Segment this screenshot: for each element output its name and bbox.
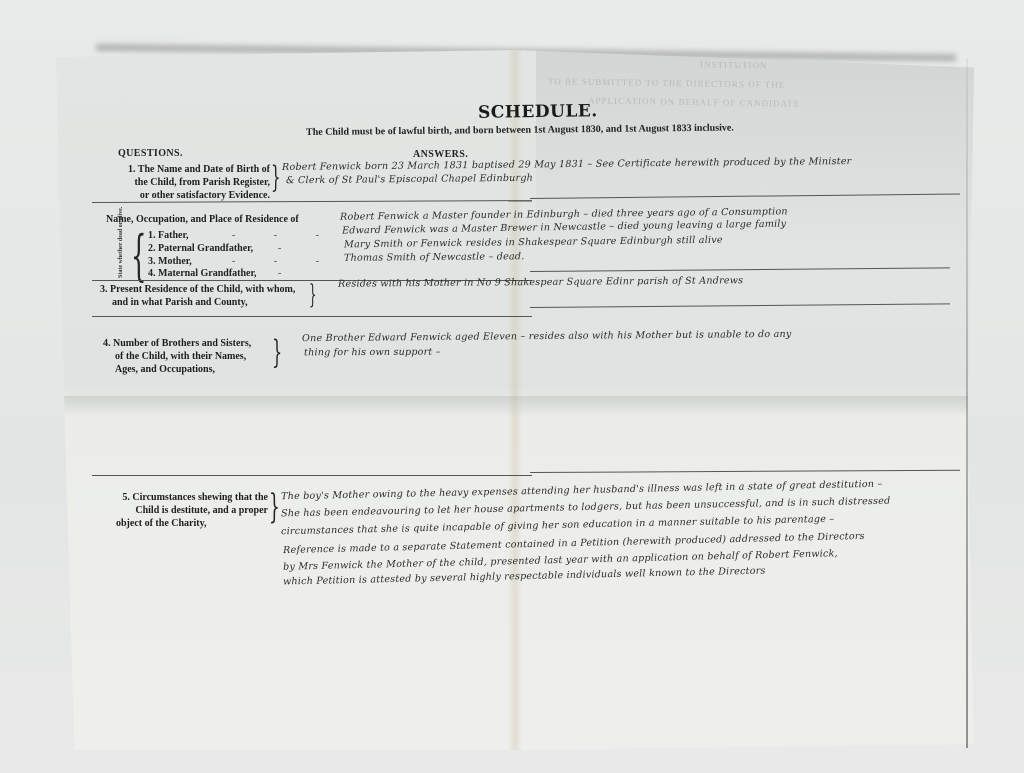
- answer-2-maternal-grandfather: Thomas Smith of Newcastle – dead.: [344, 251, 525, 264]
- question-2-item-paternal-grandfather: 2. Paternal Grandfather,: [148, 243, 253, 254]
- question-5: 5. Circumstances shewing that the Child …: [108, 491, 268, 530]
- question-2-item-maternal-grandfather: 4. Maternal Grandfather,: [148, 268, 257, 279]
- question-3: 3. Present Residence of the Child, with …: [100, 283, 295, 309]
- row-divider: [92, 316, 532, 317]
- question-4: 4. Number of Brothers and Sisters, of th…: [103, 337, 251, 376]
- paper-right-edge: [966, 58, 968, 748]
- side-note-state-dead-or-alive: State whether dead or alive.: [118, 230, 125, 278]
- question-1: 1. The Name and Date of Birth of the Chi…: [98, 163, 270, 202]
- leader-dashes: - - -: [232, 256, 337, 267]
- questions-heading: QUESTIONS.: [118, 148, 183, 159]
- question-2-item-mother: 3. Mother,: [148, 256, 192, 267]
- brace-icon: }: [271, 160, 281, 195]
- answer-4-line-2: thing for his own support –: [304, 347, 441, 359]
- document-sheet: [56, 50, 974, 750]
- row-divider: [92, 475, 532, 476]
- leader-dashes: -: [278, 268, 299, 279]
- leader-dashes: -: [278, 243, 299, 254]
- answers-heading: ANSWERS.: [413, 149, 468, 160]
- bleed-through-text: INSTITUTION: [700, 59, 768, 70]
- brace-icon: {: [131, 224, 146, 287]
- question-2-item-father: 1. Father,: [148, 230, 188, 241]
- brace-icon: }: [309, 280, 316, 310]
- brace-icon: }: [269, 487, 280, 527]
- leader-dashes: - - -: [232, 230, 337, 241]
- page-title: SCHEDULE.: [478, 101, 598, 123]
- brace-icon: }: [272, 333, 282, 371]
